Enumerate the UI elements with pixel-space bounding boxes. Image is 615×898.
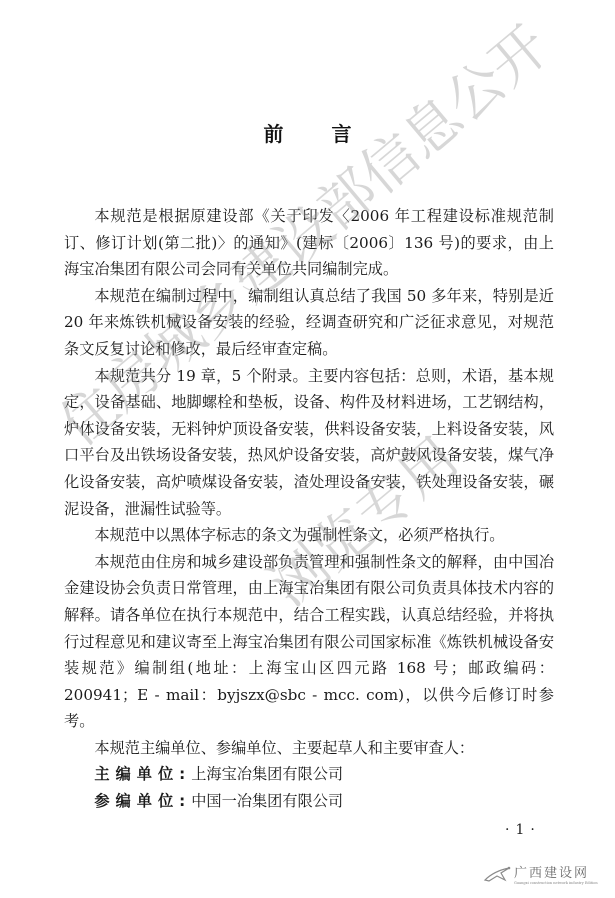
star-swoosh-icon: [483, 864, 511, 884]
logo-text: 广西建设网 Guangxi construction network indus…: [514, 862, 598, 885]
page-title: 前言: [0, 118, 615, 147]
participating-unit: 参编单位:中国一冶集团有限公司: [64, 788, 554, 815]
logo-subtitle: Guangxi construction network industry Ed…: [514, 881, 598, 885]
paragraph-management: 本规范由住房和城乡建设部负责管理和强制性条文的解释，由中国冶金建设协会负责日常管…: [64, 549, 554, 735]
participating-unit-value: 中国一冶集团有限公司: [191, 792, 343, 810]
paragraph-origin: 本规范是根据原建设部《关于印发〈2006 年工程建设标准规范制订、修订计划(第二…: [64, 203, 554, 283]
logo-name: 广西建设网: [514, 866, 589, 881]
paragraph-units-intro: 本规范主编单位、参编单位、主要起草人和主要审查人：: [64, 735, 554, 762]
document-page: 前言 本规范是根据原建设部《关于印发〈2006 年工程建设标准规范制订、修订计划…: [0, 0, 615, 898]
paragraph-process: 本规范在编制过程中，编制组认真总结了我国 50 多年来，特别是近 20 年来炼铁…: [64, 283, 554, 363]
chief-editor-unit-label: 主编单位:: [94, 765, 191, 783]
document-body: 本规范是根据原建设部《关于印发〈2006 年工程建设标准规范制订、修订计划(第二…: [64, 203, 554, 815]
paragraph-contents: 本规范共分 19 章，5 个附录。主要内容包括：总则，术语，基本规定，设备基础、…: [64, 363, 554, 523]
paragraph-mandatory: 本规范中以黑体字标志的条文为强制性条文，必须严格执行。: [64, 522, 554, 549]
chief-editor-unit-value: 上海宝冶集团有限公司: [191, 765, 343, 783]
chief-editor-unit: 主编单位:上海宝冶集团有限公司: [64, 761, 554, 788]
page-number: ·1·: [505, 822, 541, 838]
site-logo: 广西建设网 Guangxi construction network indus…: [483, 862, 598, 885]
participating-unit-label: 参编单位:: [94, 792, 191, 810]
